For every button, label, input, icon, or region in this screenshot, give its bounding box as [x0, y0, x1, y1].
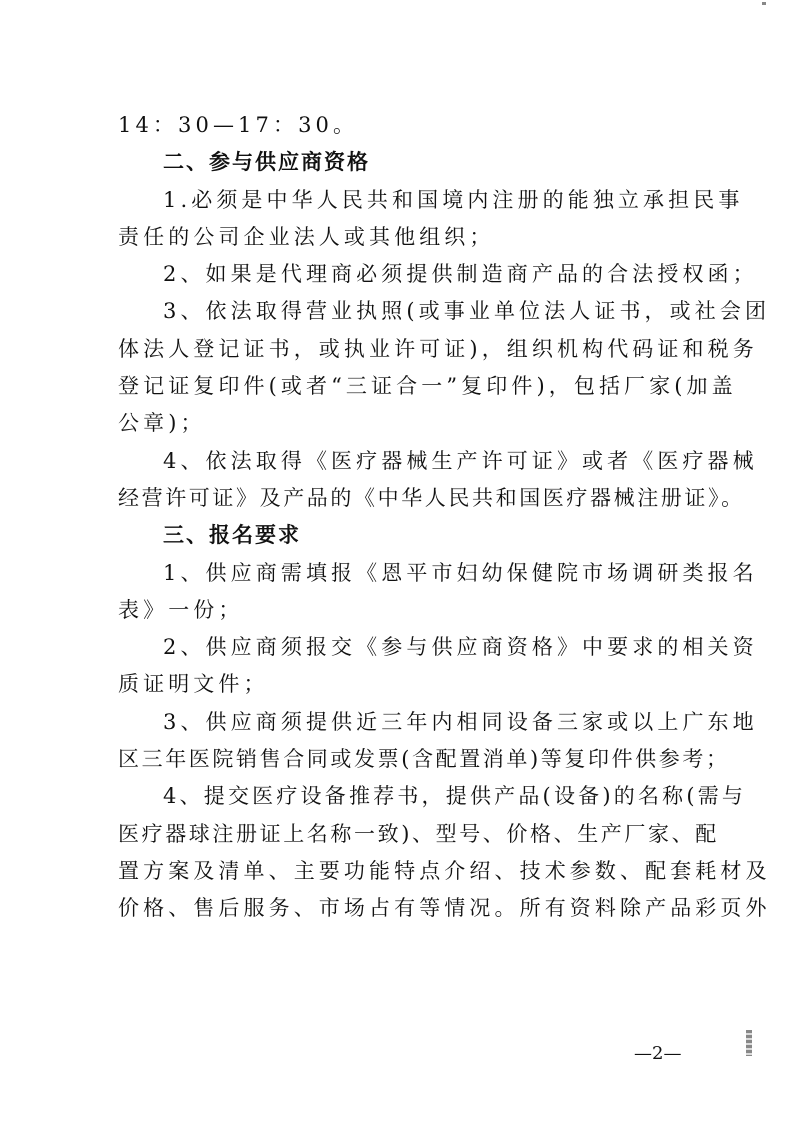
binding-mark [746, 1030, 752, 1056]
text-line: 14：30—17：30。 [118, 107, 674, 144]
text-line: 体法人登记证书，或执业许可证)，组织机构代码证和税务 [118, 331, 674, 368]
text-line: 1.必须是中华人民共和国境内注册的能独立承担民事 [118, 182, 674, 219]
section-heading-registration: 三、报名要求 [118, 517, 674, 554]
text-line: 4、提交医疗设备推荐书，提供产品(设备)的名称(需与 [118, 778, 674, 815]
text-line: 3、依法取得营业执照(或事业单位法人证书，或社会团 [118, 293, 674, 330]
text-line: 4、依法取得《医疗器械生产许可证》或者《医疗器械 [118, 443, 674, 480]
text-line: 2、供应商须报交《参与供应商资格》中要求的相关资 [118, 629, 674, 666]
text-line: 表》一份； [118, 592, 674, 629]
text-line: 经营许可证》及产品的《中华人民共和国医疗器械注册证》。 [118, 480, 674, 517]
text-line: 2、如果是代理商必须提供制造商产品的合法授权函； [118, 256, 674, 293]
text-line: 3、供应商须提供近三年内相同设备三家或以上广东地 [118, 704, 674, 741]
text-line: 置方案及清单、主要功能特点介绍、技术参数、配套耗材及 [118, 853, 674, 890]
text-line: 公章)； [118, 405, 674, 442]
text-line: 1、供应商需填报《恩平市妇幼保健院市场调研类报名 [118, 555, 674, 592]
scan-artifact [762, 2, 766, 5]
text-line: 责任的公司企业法人或其他组织； [118, 219, 674, 256]
text-line: 质证明文件； [118, 666, 674, 703]
text-line: 登记证复印件(或者“三证合一”复印件)，包括厂家(加盖 [118, 368, 674, 405]
document-body: 14：30—17：30。 二、参与供应商资格 1.必须是中华人民共和国境内注册的… [118, 107, 674, 928]
section-heading-qualifications: 二、参与供应商资格 [118, 144, 674, 181]
document-page: 14：30—17：30。 二、参与供应商资格 1.必须是中华人民共和国境内注册的… [0, 0, 791, 1123]
page-number: —2— [634, 1043, 681, 1064]
text-line: 价格、售后服务、市场占有等情况。所有资料除产品彩页外 [118, 890, 674, 927]
text-line: 区三年医院销售合同或发票(含配置消单)等复印件供参考； [118, 741, 674, 778]
text-line: 医疗器球注册证上名称一致)、型号、价格、生产厂家、配 [118, 816, 674, 853]
